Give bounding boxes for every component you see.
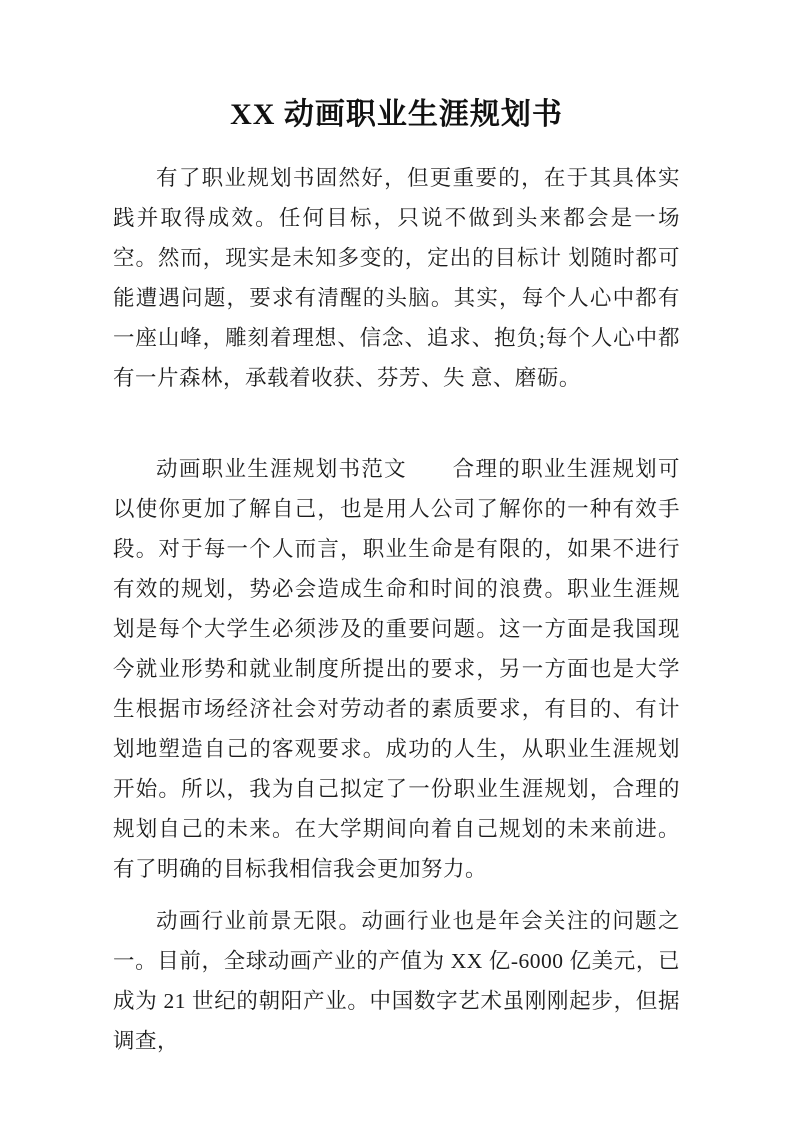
paragraph-industry-outlook: 动画行业前景无限。动画行业也是年会关注的问题之一。目前，全球动画产业的产值为 X…: [113, 901, 680, 1061]
paragraph-body: 动画职业生涯规划书范文 合理的职业生涯规划可以使你更加了解自己，也是用人公司了解…: [113, 449, 680, 889]
document-page: XX 动画职业生涯规划书 有了职业规划书固然好，但更重要的，在于其具体实践并取得…: [0, 0, 793, 1122]
paragraph-intro: 有了职业规划书固然好，但更重要的，在于其具体实践并取得成效。任何目标，只说不做到…: [113, 158, 680, 398]
document-title: XX 动画职业生涯规划书: [113, 97, 680, 133]
